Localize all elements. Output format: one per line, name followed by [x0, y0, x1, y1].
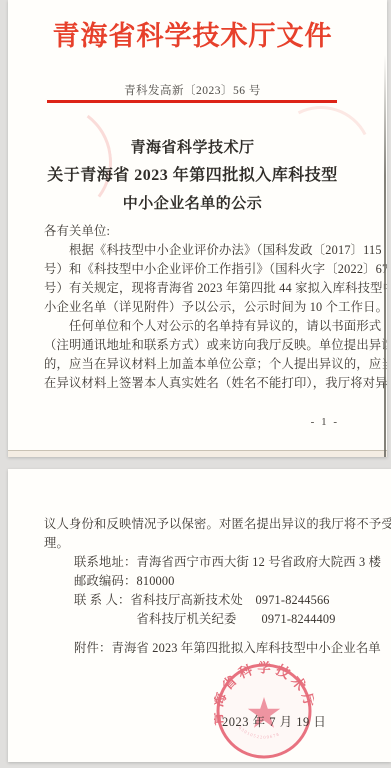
- letterhead-divider: [47, 100, 337, 103]
- contact-label: [74, 610, 137, 629]
- body-line: 在异议材料上签署本人真实姓名（姓名不能打印），我厅将对异: [44, 374, 346, 393]
- body-line: 各有关单位:: [44, 222, 346, 241]
- document-page-1: 青海省科学技术厅文件 青科发高新〔2023〕56 号 青海省科学技术厅 关于青海…: [8, 0, 387, 457]
- letterhead-title: 青海省科学技术厅文件: [8, 14, 377, 53]
- postal-code-line: 邮政编码：810000: [44, 572, 354, 591]
- body-line: 理。: [44, 534, 354, 553]
- contact-value: 省科技厅高新技术处 0971-8244566: [131, 593, 330, 607]
- document-title-line: 中小企业名单的公示: [8, 190, 377, 218]
- document-title-line: 青海省科学技术厅: [8, 134, 377, 162]
- document-title: 青海省科学技术厅 关于青海省 2023 年第四批拟入库科技型 中小企业名单的公示: [8, 134, 377, 218]
- contact-address-line: 联系地址：青海省西宁市西大街 12 号省政府大院西 3 楼: [44, 553, 354, 572]
- body-line: 号）有关规定，现将青海省 2023 年第四批 44 家拟入库科技型中: [44, 279, 346, 298]
- contact-value: 青海省西宁市西大街 12 号省政府大院西 3 楼: [137, 555, 382, 569]
- scanned-document-view: 青海省科学技术厅文件 青科发高新〔2023〕56 号 青海省科学技术厅 关于青海…: [0, 0, 391, 768]
- document-number: 青科发高新〔2023〕56 号: [8, 82, 377, 98]
- official-seal-icon: 青海省科学技术厅 6301052209678: [214, 661, 314, 761]
- document-body: 各有关单位: 根据《科技型中小企业评价办法》（国科发政〔2017〕115 号）和…: [44, 222, 346, 393]
- document-page-2: 议人身份和反映情况予以保密。对匿名提出异议的我厅将不予受 理。 联系地址：青海省…: [8, 469, 391, 762]
- body-line: 号）和《科技型中小企业评价工作指引》（国科火字〔2022〕67: [44, 260, 346, 279]
- body-line: 根据《科技型中小企业评价办法》（国科发政〔2017〕115: [44, 241, 346, 260]
- body-line: （注明通讯地址和联系方式）或来访向我厅反映。单位提出异议: [44, 336, 346, 355]
- body-line: 议人身份和反映情况予以保密。对匿名提出异议的我厅将不予受: [44, 515, 354, 534]
- contact-label: 邮政编码：: [74, 572, 137, 591]
- document-body-continued: 议人身份和反映情况予以保密。对匿名提出异议的我厅将不予受 理。 联系地址：青海省…: [44, 515, 354, 658]
- contact-person-line-2: 省科技厅机关纪委 0971-8244409: [44, 610, 354, 629]
- body-line: 的，应当在异议材料上加盖本单位公章；个人提出异议的，应当: [44, 355, 346, 374]
- contact-block: 联系地址：青海省西宁市西大街 12 号省政府大院西 3 楼 邮政编码：81000…: [44, 553, 354, 629]
- document-title-line: 关于青海省 2023 年第四批拟入库科技型: [8, 162, 377, 190]
- contact-value: 省科技厅机关纪委 0971-8244409: [137, 612, 336, 626]
- body-line: 小企业名单（详见附件）予以公示，公示时间为 10 个工作日。: [44, 298, 346, 317]
- body-line: 任何单位和个人对公示的名单持有异议的，请以书面形式: [44, 317, 346, 336]
- attachment-line: 附件：青海省 2023 年第四批拟入库科技型中小企业名单: [44, 639, 354, 658]
- document-date: 2023 年 7 月 19 日: [222, 712, 326, 730]
- seal-graphic: 青海省科学技术厅 6301052209678: [214, 661, 314, 761]
- contact-value: 810000: [137, 574, 175, 588]
- page-number: - 1 -: [311, 416, 339, 428]
- contact-person-line: 联 系 人：省科技厅高新技术处 0971-8244566: [44, 591, 354, 610]
- contact-label: 联 系 人：: [74, 591, 131, 610]
- contact-label: 联系地址：: [74, 553, 137, 572]
